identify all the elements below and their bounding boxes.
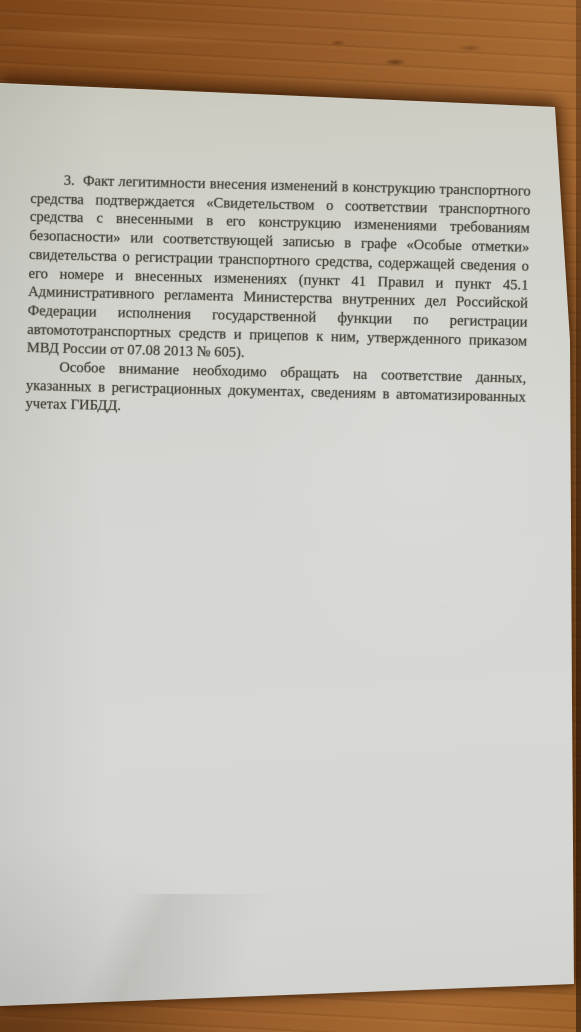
paper-shadow-wrap: 3. Факт легитимности внесения изменений … (0, 0, 581, 1032)
paper-crease-shadow (0, 894, 280, 1014)
photo-of-document: 3. Факт легитимности внесения изменений … (0, 0, 581, 1032)
paper-top-edge-highlight (0, 81, 581, 110)
document-text-block: 3. Факт легитимности внесения изменений … (25, 171, 531, 426)
paper-sheet: 3. Факт легитимности внесения изменений … (0, 0, 581, 1032)
